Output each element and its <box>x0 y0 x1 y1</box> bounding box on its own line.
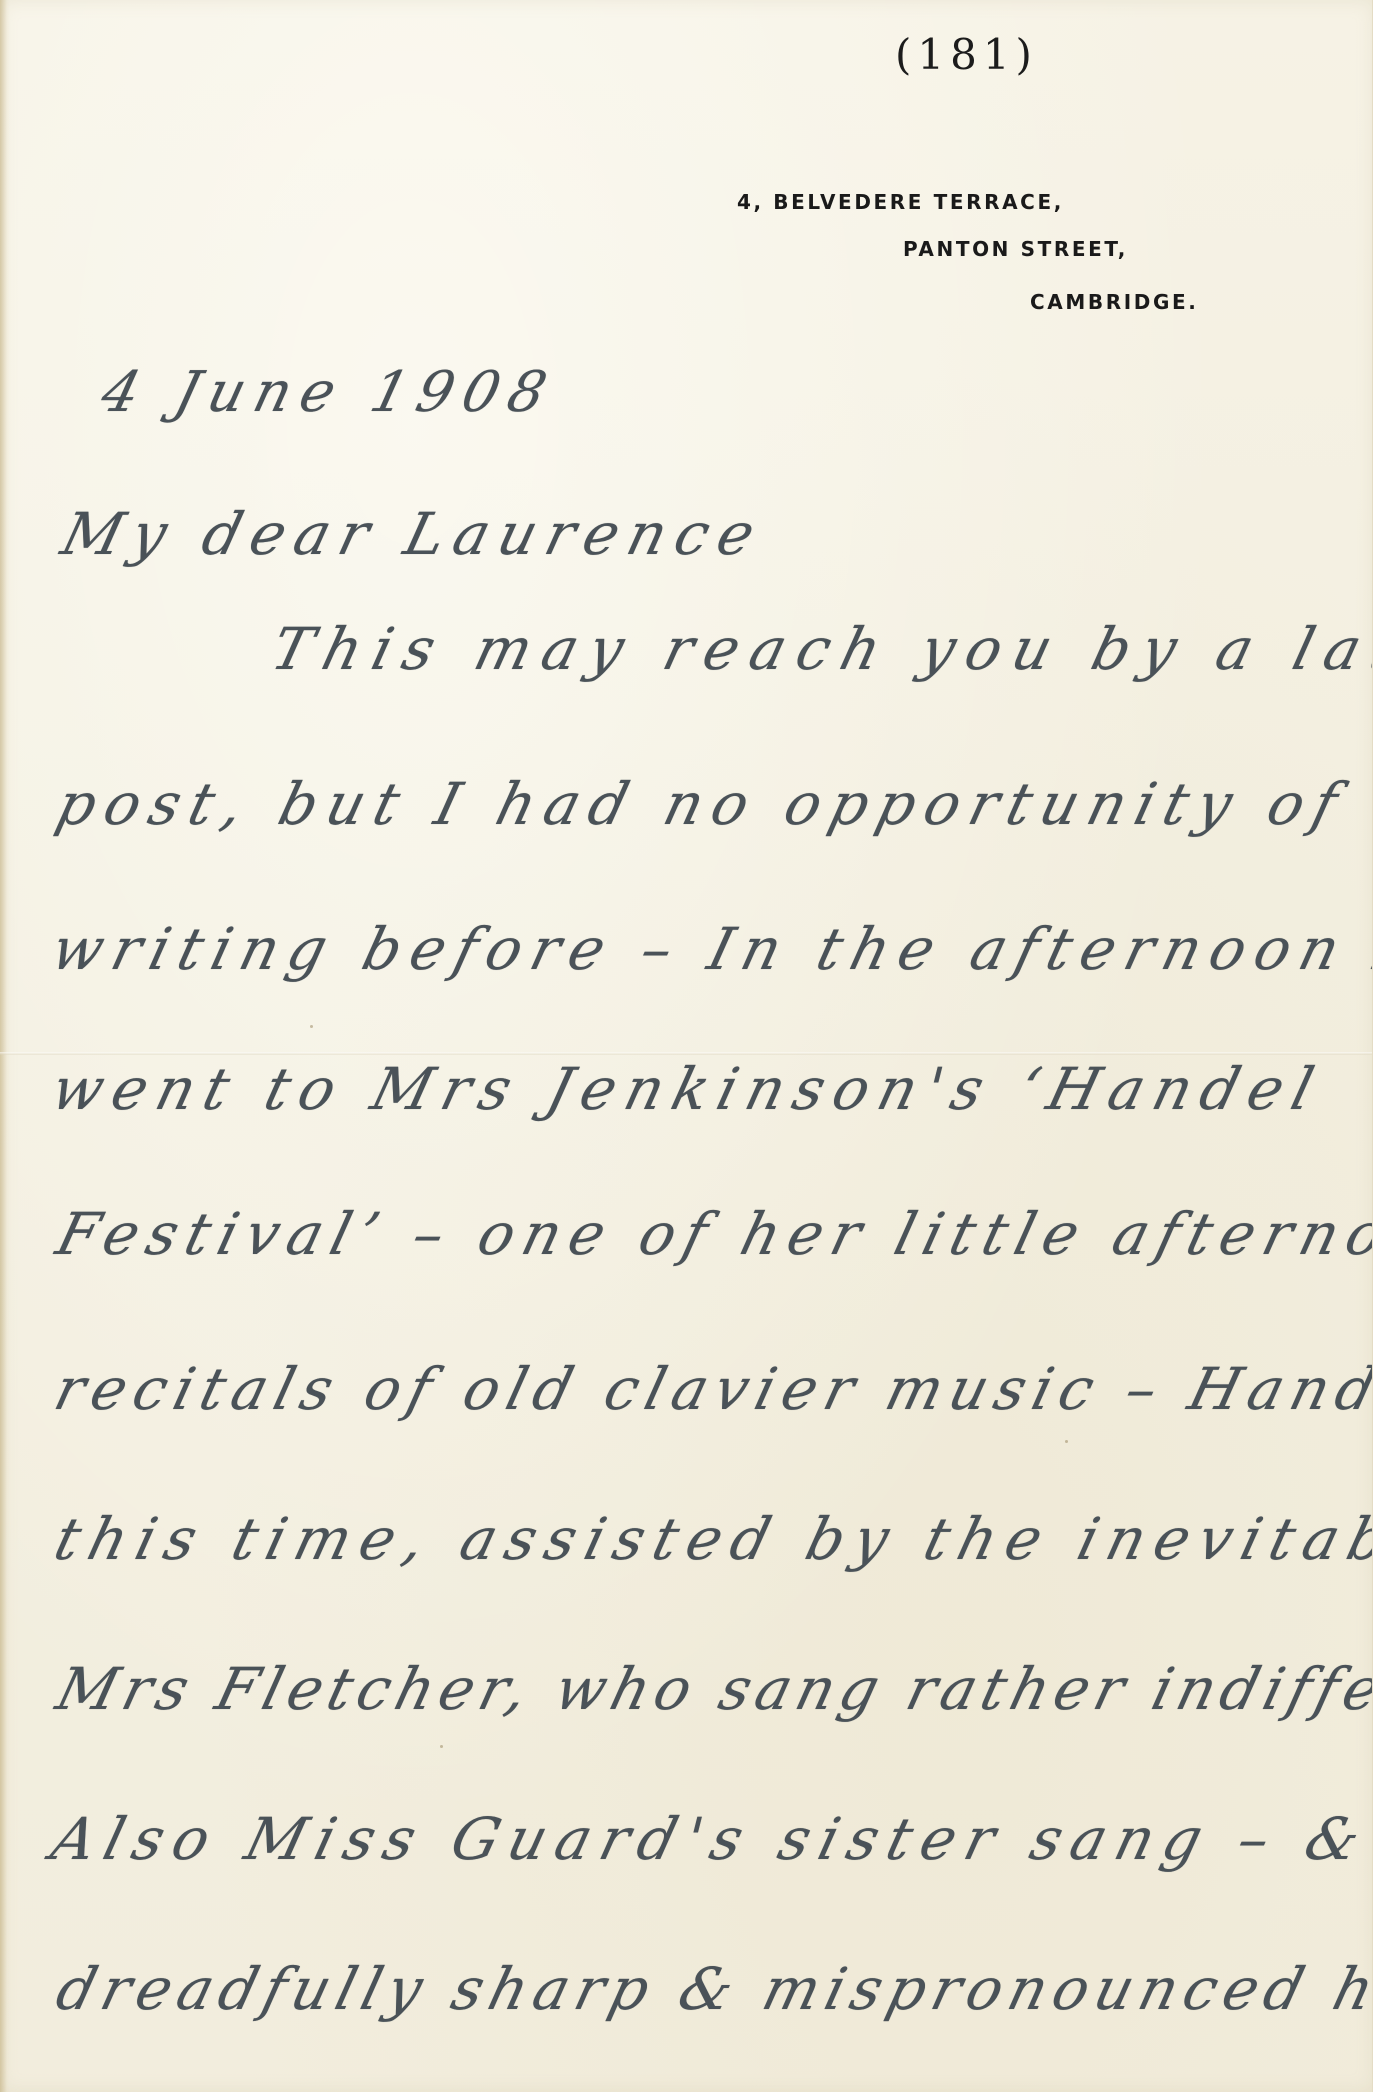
letter-date: 4 June 1908 <box>95 360 563 425</box>
letter-line: This may reach you by a late <box>265 615 1377 683</box>
letter-line: writing before – In the afternoon I <box>45 915 1377 983</box>
letter-line: went to Mrs Jenkinson's ‘Handel <box>45 1055 1330 1123</box>
letter-line: post, but I had no opportunity of <box>50 770 1354 838</box>
scan-right-margin <box>1372 0 1377 2092</box>
letter-line: recitals of old clavier music – Handel <box>48 1355 1377 1423</box>
letter-line: this time, assisted by the inevitable <box>48 1505 1377 1573</box>
letter-line: dreadfully sharp & mispronounced her <box>50 1955 1377 2023</box>
letter-line: Also Miss Guard's sister sang – & got <box>45 1805 1377 1873</box>
letterhead-address-line-2: PANTON STREET, <box>903 237 1128 261</box>
letter-page: (181) 4, BELVEDERE TERRACE, PANTON STREE… <box>0 0 1374 2092</box>
folio-number: (181) <box>895 30 1038 79</box>
letterhead-address-line-1: 4, BELVEDERE TERRACE, <box>737 190 1064 214</box>
letter-salutation: My dear Laurence <box>55 500 771 568</box>
letter-line: Mrs Fletcher, who sang rather indifferen… <box>50 1655 1377 1723</box>
letterhead-address-line-3: CAMBRIDGE. <box>1030 290 1198 314</box>
paper-speck <box>440 1745 443 1748</box>
paper-left-edge <box>0 0 10 2092</box>
letter-line: Festival’ – one of her little afternoon <box>50 1200 1377 1268</box>
paper-speck <box>1065 1440 1068 1443</box>
paper-speck <box>310 1025 313 1028</box>
